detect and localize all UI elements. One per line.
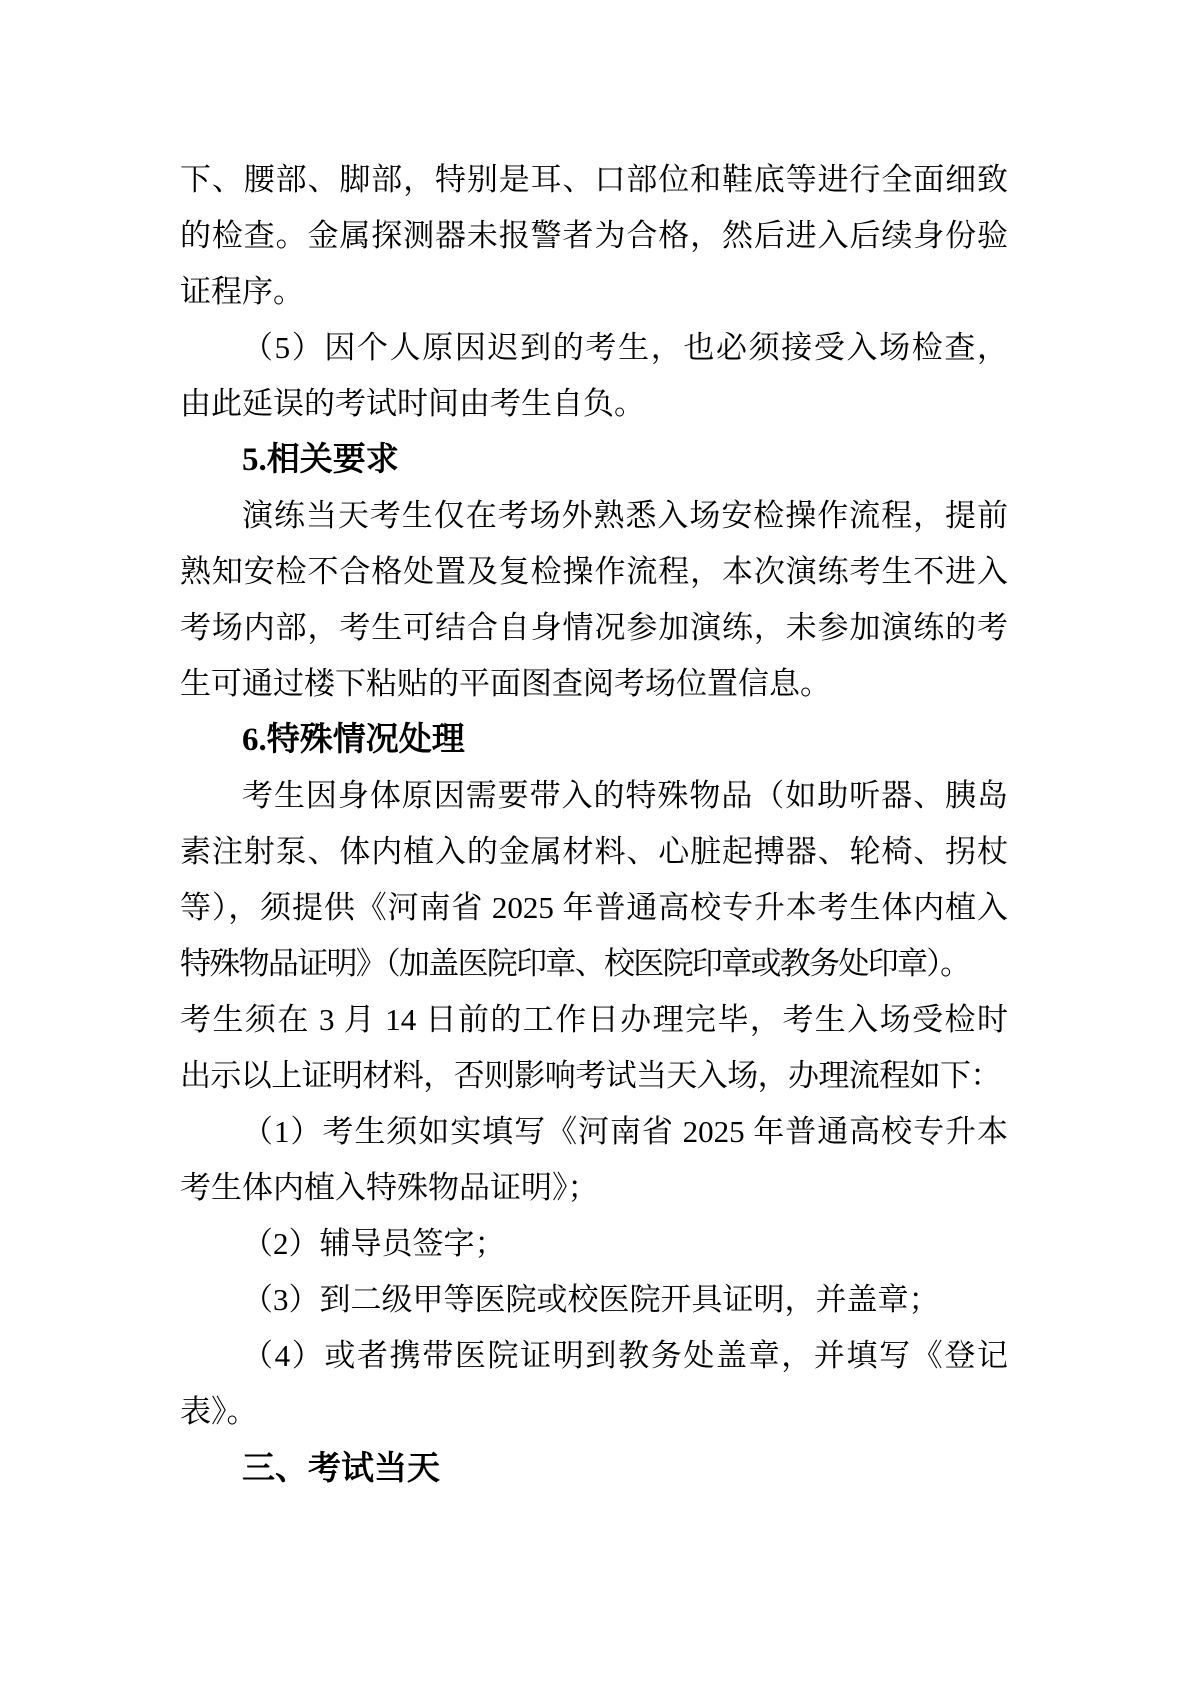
section-heading: 5.相关要求: [180, 432, 1008, 488]
body-line: （1）考生须如实填写《河南省 2025 年普通高校专升本: [180, 1104, 1008, 1160]
body-line: 等），须提供《河南省 2025 年普通高校专升本考生体内植入: [180, 880, 1008, 936]
body-line: 由此延误的考试时间由考生自负。: [180, 376, 1008, 432]
body-line: 出示以上证明材料，否则影响考试当天入场，办理流程如下：: [180, 1048, 1008, 1104]
body-line: （3）到二级甲等医院或校医院开具证明，并盖章；: [180, 1272, 1008, 1328]
body-line: 素注射泵、体内植入的金属材料、心脏起搏器、轮椅、拐杖: [180, 824, 1008, 880]
body-line: 特殊物品证明》（加盖医院印章、校医院印章或教务处印章）。: [180, 936, 1008, 992]
section-heading: 6.特殊情况处理: [180, 712, 1008, 768]
body-line: 的检查。金属探测器未报警者为合格，然后进入后续身份验: [180, 208, 1008, 264]
body-line: 演练当天考生仅在考场外熟悉入场安检操作流程，提前: [180, 488, 1008, 544]
body-line: 表》。: [180, 1384, 1008, 1440]
chapter-heading: 三、考试当天: [180, 1440, 1008, 1496]
document-text-block: 下、腰部、脚部，特别是耳、口部位和鞋底等进行全面细致的检查。金属探测器未报警者为…: [180, 152, 1008, 1496]
body-line: 考场内部，考生可结合自身情况参加演练，未参加演练的考: [180, 600, 1008, 656]
body-line: （5）因个人原因迟到的考生，也必须接受入场检查，: [180, 320, 1008, 376]
body-line: （4）或者携带医院证明到教务处盖章，并填写《登记: [180, 1328, 1008, 1384]
body-line: 考生体内植入特殊物品证明》；: [180, 1160, 1008, 1216]
body-line: 下、腰部、脚部，特别是耳、口部位和鞋底等进行全面细致: [180, 152, 1008, 208]
body-line: 证程序。: [180, 264, 1008, 320]
body-line: 考生因身体原因需要带入的特殊物品（如助听器、胰岛: [180, 768, 1008, 824]
body-line: 熟知安检不合格处置及复检操作流程，本次演练考生不进入: [180, 544, 1008, 600]
body-line: 考生须在 3 月 14 日前的工作日办理完毕，考生入场受检时: [180, 992, 1008, 1048]
body-line: 生可通过楼下粘贴的平面图查阅考场位置信息。: [180, 656, 1008, 712]
document-page: 下、腰部、脚部，特别是耳、口部位和鞋底等进行全面细致的检查。金属探测器未报警者为…: [0, 0, 1191, 1684]
body-line: （2）辅导员签字；: [180, 1216, 1008, 1272]
